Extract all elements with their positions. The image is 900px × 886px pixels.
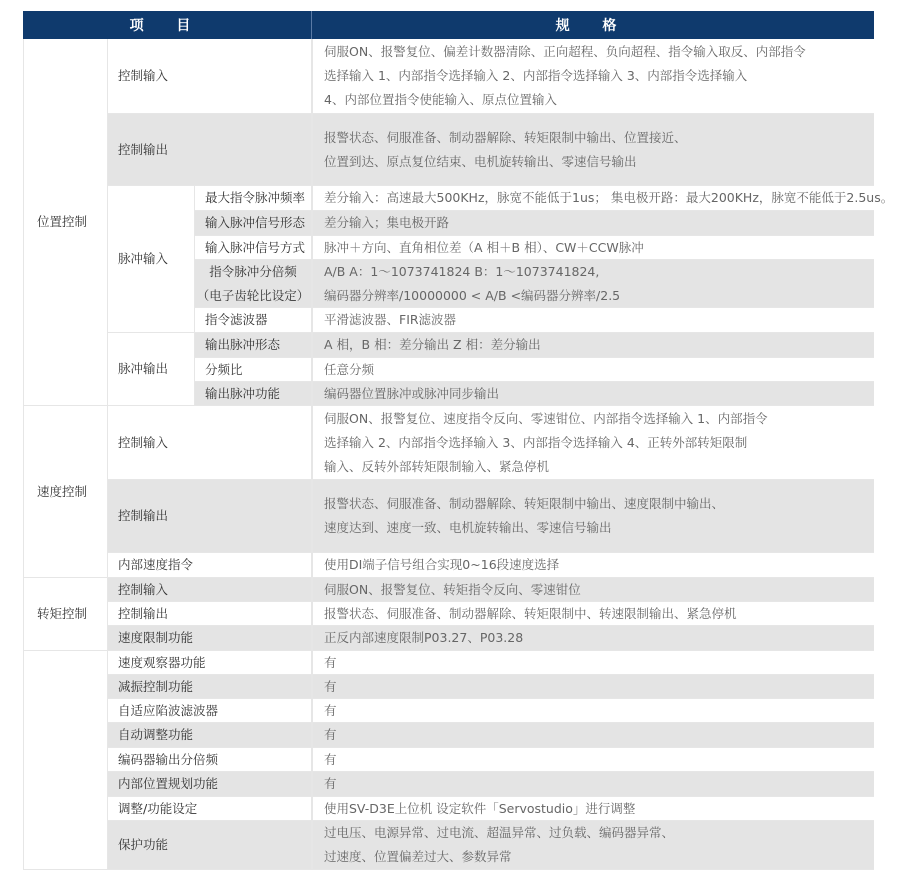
spec-pulse-input-1: 差分输入；集电极开路 [312, 211, 874, 236]
row-label-function-0: 速度观察器功能 [108, 651, 312, 675]
text-line: 编码器分辨率/10000000 < A/B <编码器分辨率/2.5 [324, 284, 620, 308]
text-line: A/B A：1～1073741824 B：1～1073741824, [324, 260, 599, 284]
row-label-pulse-input-0: 最大指令脉冲频率 [195, 186, 312, 211]
cell-label: 编码器输出分倍频 [118, 748, 218, 772]
spec-speed-control-input: 伺服ON、报警复位、速度指令反向、零速钳位、内部指令选择输入 1、内部指令选择输… [312, 406, 874, 480]
spec-speed-control-output: 报警状态、伺服准备、制动器解除、转矩限制中输出、速度限制中输出、速度达到、速度一… [312, 480, 874, 553]
spec-pulse-input-2: 脉冲＋方向、直角相位差（A 相＋B 相）、CW＋CCW脉冲 [312, 236, 874, 260]
spec-pulse-input-0: 差分输入：高速最大500KHz，脉宽不能低于1us； 集电极开路：最大200KH… [312, 186, 874, 211]
text-line: 平滑滤波器、FIR滤波器 [324, 308, 456, 332]
text-line: 正反内部速度限制P03.27、P03.28 [324, 626, 523, 650]
row-label-speed-control-output: 控制输出 [108, 480, 312, 553]
cell-label: 输出脉冲形态 [205, 333, 280, 357]
cell-label: 控制输入 [118, 578, 168, 602]
row-label-control-input: 控制输入 [108, 39, 312, 114]
row-label-torque-1: 控制输出 [108, 602, 312, 626]
text-line: 任意分频 [324, 358, 374, 382]
text-line: 过速度、位置偏差过大、参数异常 [324, 845, 512, 869]
row-label-pulse-output-2: 输出脉冲功能 [195, 382, 312, 406]
spec-control-output: 报警状态、伺服准备、制动器解除、转矩限制中输出、位置接近、位置到达、原点复位结束… [312, 114, 874, 186]
spec-pulse-input-3: A/B A：1～1073741824 B：1～1073741824,编码器分辨率… [312, 260, 874, 308]
row-label-pulse-input-4: 指令滤波器 [195, 308, 312, 333]
spec-function-5: 有 [312, 772, 874, 797]
spec-pulse-output-1: 任意分频 [312, 358, 874, 382]
row-label-function-3: 自动调整功能 [108, 723, 312, 748]
cell-label: 脉冲输入 [118, 247, 168, 271]
row-label-speed-control-input: 控制输入 [108, 406, 312, 480]
spec-pulse-output-0: A 相，B 相：差分输出 Z 相：差分输出 [312, 333, 874, 358]
row-label-control-output: 控制输出 [108, 114, 312, 186]
spec-torque-0: 伺服ON、报警复位、转矩指令反向、零速钳位 [312, 578, 874, 602]
text-line: 有 [324, 651, 337, 675]
row-label-pulse-input-1: 输入脉冲信号形态 [195, 211, 312, 236]
text-line: 使用DI端子信号组合实现0~16段速度选择 [324, 553, 559, 577]
spec-function-2: 有 [312, 699, 874, 723]
text-line: 速度达到、速度一致、电机旋转输出、零速信号输出 [324, 516, 612, 540]
cell-label: 转矩控制 [37, 602, 87, 626]
text-line: 有 [324, 675, 337, 699]
text-line: 有 [324, 699, 337, 723]
cell-label: 脉冲输出 [118, 357, 168, 381]
spec-pulse-output-2: 编码器位置脉冲或脉冲同步输出 [312, 382, 874, 406]
cell-label: 减振控制功能 [118, 675, 193, 699]
row-label-pulse-input-3: 指令脉冲分倍频（电子齿轮比设定） [195, 260, 312, 308]
text-line: 差分输入：高速最大500KHz，脉宽不能低于1us； 集电极开路：最大200KH… [324, 186, 893, 210]
text-line: 4、内部位置指令使能输入、原点位置输入 [324, 88, 557, 112]
category-other-functions [23, 651, 108, 870]
row-label-internal-speed: 内部速度指令 [108, 553, 312, 578]
cell-label: 自动调整功能 [118, 723, 193, 747]
row-label-torque-0: 控制输入 [108, 578, 312, 602]
cell-label: 输入脉冲信号方式 [205, 236, 305, 260]
row-label-function-5: 内部位置规划功能 [108, 772, 312, 797]
cell-label: 控制输出 [118, 504, 168, 528]
row-label-pulse-output-0: 输出脉冲形态 [195, 333, 312, 358]
text-line: 伺服ON、报警复位、转矩指令反向、零速钳位 [324, 578, 581, 602]
text-line: 选择输入 1、内部指令选择输入 2、内部指令选择输入 3、内部指令选择输入 [324, 64, 747, 88]
text-line: 输入、反转外部转矩限制输入、紧急停机 [324, 455, 549, 479]
text-line: 位置到达、原点复位结束、电机旋转输出、零速信号输出 [324, 150, 637, 174]
text-line: 报警状态、伺服准备、制动器解除、转矩限制中、转速限制输出、紧急停机 [324, 602, 737, 626]
text-line: 编码器位置脉冲或脉冲同步输出 [324, 382, 499, 406]
cell-label: 自适应陷波滤波器 [118, 699, 218, 723]
category-speed-control: 速度控制 [23, 406, 108, 578]
text-line: 有 [324, 772, 337, 796]
text-line: 伺服ON、报警复位、偏差计数器清除、正向超程、负向超程、指令输入取反、内部指令 [324, 40, 806, 64]
cell-label: 控制输出 [118, 138, 168, 162]
spec-function-6: 使用SV-D3E上位机 设定软件「Servostudio」进行调整 [312, 797, 874, 821]
row-label-function-2: 自适应陷波滤波器 [108, 699, 312, 723]
group-pulse-output: 脉冲输出 [108, 333, 195, 406]
cell-label: 保护功能 [118, 833, 168, 857]
spec-function-0: 有 [312, 651, 874, 675]
text-line: 差分输入；集电极开路 [324, 211, 449, 235]
text-line: 伺服ON、报警复位、速度指令反向、零速钳位、内部指令选择输入 1、内部指令 [324, 407, 768, 431]
cell-label: 内部位置规划功能 [118, 772, 218, 796]
category-torque-control: 转矩控制 [23, 578, 108, 651]
spec-pulse-input-4: 平滑滤波器、FIR滤波器 [312, 308, 874, 333]
text-line: 有 [324, 748, 337, 772]
row-label-function-7: 保护功能 [108, 821, 312, 870]
cell-label: 位置控制 [37, 210, 87, 234]
cell-label: 速度控制 [37, 480, 87, 504]
header-item: 项 目 [23, 11, 312, 39]
cell-label: 输入脉冲信号形态 [205, 211, 305, 235]
text-line: （电子齿轮比设定） [197, 284, 310, 308]
category-position-control: 位置控制 [23, 39, 108, 406]
cell-label: 分频比 [205, 358, 243, 382]
cell-label: 速度观察器功能 [118, 651, 206, 675]
text-line: 使用SV-D3E上位机 设定软件「Servostudio」进行调整 [324, 797, 635, 821]
row-label-function-4: 编码器输出分倍频 [108, 748, 312, 772]
text-line: 过电压、电源异常、过电流、超温异常、过负载、编码器异常、 [324, 821, 674, 845]
spec-torque-1: 报警状态、伺服准备、制动器解除、转矩限制中、转速限制输出、紧急停机 [312, 602, 874, 626]
spec-function-3: 有 [312, 723, 874, 748]
text-line: 报警状态、伺服准备、制动器解除、转矩限制中输出、位置接近、 [324, 126, 687, 150]
cell-label: 最大指令脉冲频率 [205, 186, 305, 210]
spec-function-4: 有 [312, 748, 874, 772]
cell-label: 控制输出 [118, 602, 168, 626]
spec-function-7: 过电压、电源异常、过电流、超温异常、过负载、编码器异常、过速度、位置偏差过大、参… [312, 821, 874, 870]
text-line: 有 [324, 723, 337, 747]
row-label-torque-2: 速度限制功能 [108, 626, 312, 651]
spec-torque-2: 正反内部速度限制P03.27、P03.28 [312, 626, 874, 651]
text-line: 报警状态、伺服准备、制动器解除、转矩限制中输出、速度限制中输出、 [324, 492, 724, 516]
cell-label: 控制输入 [118, 64, 168, 88]
text-line: 脉冲＋方向、直角相位差（A 相＋B 相）、CW＋CCW脉冲 [324, 236, 644, 260]
cell-label: 速度限制功能 [118, 626, 193, 650]
group-pulse-input: 脉冲输入 [108, 186, 195, 333]
row-label-pulse-output-1: 分频比 [195, 358, 312, 382]
spec-function-1: 有 [312, 675, 874, 699]
cell-label: 指令滤波器 [205, 308, 268, 332]
spec-control-input: 伺服ON、报警复位、偏差计数器清除、正向超程、负向超程、指令输入取反、内部指令选… [312, 39, 874, 114]
header-spec: 规 格 [312, 11, 874, 39]
row-label-pulse-input-2: 输入脉冲信号方式 [195, 236, 312, 260]
row-label-function-1: 减振控制功能 [108, 675, 312, 699]
spec-internal-speed: 使用DI端子信号组合实现0~16段速度选择 [312, 553, 874, 578]
cell-label: 调整/功能设定 [118, 797, 197, 821]
text-line: 指令脉冲分倍频 [209, 260, 297, 284]
cell-label: 控制输入 [118, 431, 168, 455]
text-line: A 相，B 相：差分输出 Z 相：差分输出 [324, 333, 541, 357]
row-label-function-6: 调整/功能设定 [108, 797, 312, 821]
cell-label: 输出脉冲功能 [205, 382, 280, 406]
text-line: 选择输入 2、内部指令选择输入 3、内部指令选择输入 4、正转外部转矩限制 [324, 431, 747, 455]
cell-label: 内部速度指令 [118, 553, 193, 577]
